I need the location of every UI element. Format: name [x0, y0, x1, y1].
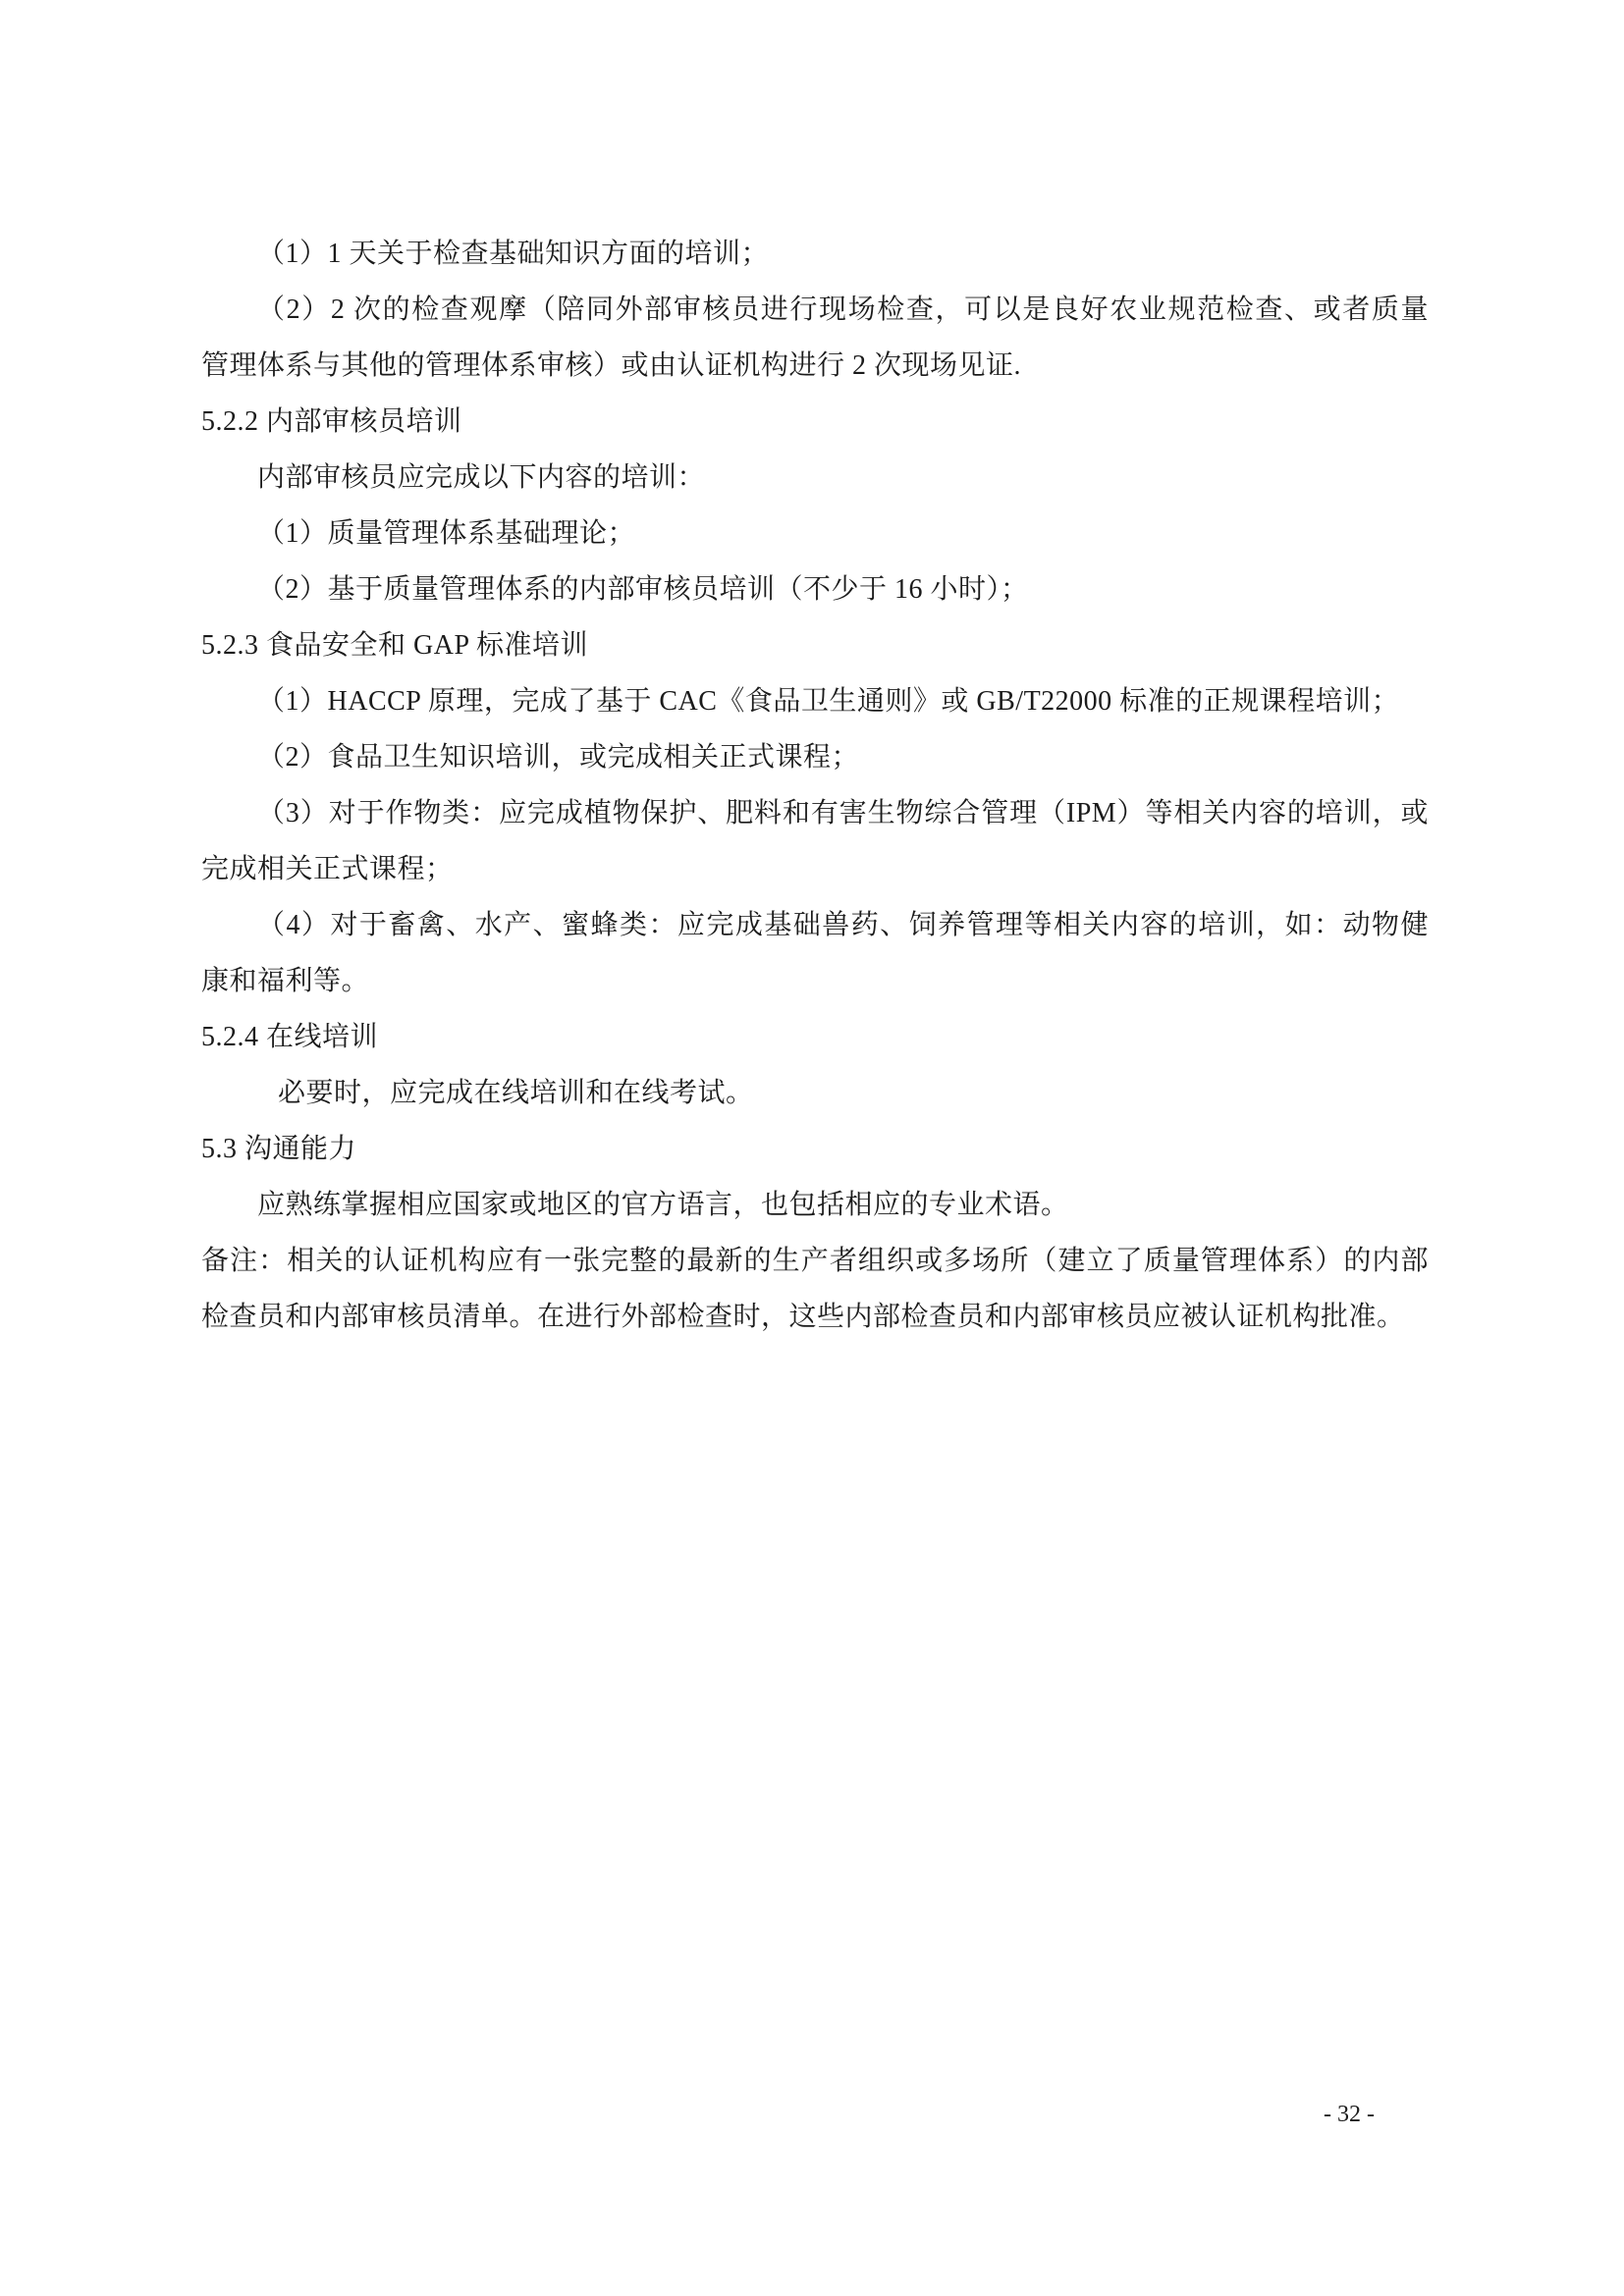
doc-line-paragraph: 必要时，应完成在线培训和在线考试。 [201, 1065, 1429, 1121]
doc-line-list-item: （1）HACCP 原理，完成了基于 CAC《食品卫生通则》或 GB/T22000… [201, 673, 1429, 729]
doc-line-note: 备注：相关的认证机构应有一张完整的最新的生产者组织或多场所（建立了质量管理体系）… [201, 1233, 1429, 1289]
doc-line-continuation: 完成相关正式课程； [201, 841, 1429, 897]
doc-heading-5-2-4: 5.2.4 在线培训 [201, 1009, 1429, 1065]
doc-line-list-item: （2）2 次的检查观摩（陪同外部审核员进行现场检查，可以是良好农业规范检查、或者… [201, 282, 1429, 338]
doc-line-note-continuation: 检查员和内部审核员清单。在进行外部检查时，这些内部检查员和内部审核员应被认证机构… [201, 1289, 1429, 1345]
doc-line-list-item: （3）对于作物类：应完成植物保护、肥料和有害生物综合管理（IPM）等相关内容的培… [201, 785, 1429, 841]
doc-line-continuation: 康和福利等。 [201, 953, 1429, 1009]
doc-line-list-item: （1）1 天关于检查基础知识方面的培训； [201, 226, 1429, 282]
doc-line-list-item: （2）基于质量管理体系的内部审核员培训（不少于 16 小时）； [201, 561, 1429, 617]
doc-line-paragraph: 应熟练掌握相应国家或地区的官方语言，也包括相应的专业术语。 [201, 1177, 1429, 1233]
document-body: （1）1 天关于检查基础知识方面的培训； （2）2 次的检查观摩（陪同外部审核员… [201, 226, 1429, 1345]
doc-heading-5-2-2: 5.2.2 内部审核员培训 [201, 394, 1429, 450]
document-page: （1）1 天关于检查基础知识方面的培训； （2）2 次的检查观摩（陪同外部审核员… [0, 0, 1624, 2296]
page-number: - 32 - [1324, 2101, 1375, 2128]
doc-heading-5-3: 5.3 沟通能力 [201, 1121, 1429, 1177]
doc-line-list-item: （1）质量管理体系基础理论； [201, 506, 1429, 561]
doc-line-paragraph: 内部审核员应完成以下内容的培训： [201, 450, 1429, 506]
doc-heading-5-2-3: 5.2.3 食品安全和 GAP 标准培训 [201, 617, 1429, 673]
doc-line-continuation: 管理体系与其他的管理体系审核）或由认证机构进行 2 次现场见证. [201, 338, 1429, 394]
doc-line-list-item: （2）食品卫生知识培训，或完成相关正式课程； [201, 729, 1429, 785]
doc-line-list-item: （4）对于畜禽、水产、蜜蜂类：应完成基础兽药、饲养管理等相关内容的培训，如：动物… [201, 897, 1429, 953]
